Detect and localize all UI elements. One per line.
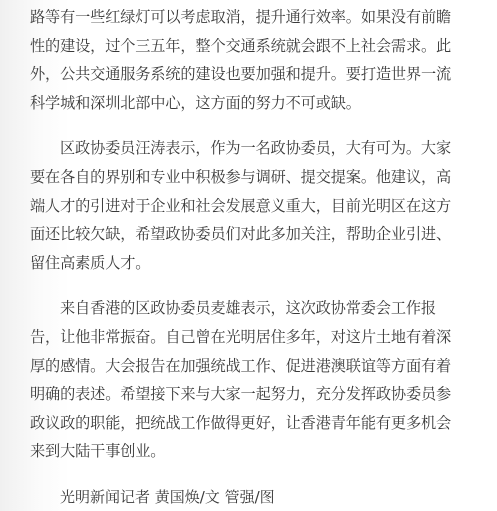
text-line: 政议政的职能，把统战工作做得更好，让香港青年能有更多机会 [30, 409, 464, 438]
text-line: 来自香港的区政协委员麦雄表示，这次政协常委会工作报 [30, 294, 464, 323]
text-line: 科学城和深圳北部中心，这方面的努力不可或缺。 [30, 89, 464, 118]
text-line: 明确的表述。希望接下来与大家一起努力，充分发挥政协委员参 [30, 380, 464, 409]
text-line: 要在各自的界别和专业中积极参与调研、提交提案。他建议，高 [30, 163, 464, 192]
paragraph-wang-tao: 区政协委员汪涛表示，作为一名政协委员，大有可为。大家 要在各自的界别和专业中积极… [30, 134, 464, 277]
paragraph-traffic: 路等有一些红绿灯可以考虑取消，提升通行效率。如果没有前瞻 性的建设，过个三五年，… [30, 3, 464, 117]
text-line: 区政协委员汪涛表示，作为一名政协委员，大有可为。大家 [30, 134, 464, 163]
article-body: 路等有一些红绿灯可以考虑取消，提升通行效率。如果没有前瞻 性的建设，过个三五年，… [30, 3, 464, 493]
text-line: 路等有一些红绿灯可以考虑取消，提升通行效率。如果没有前瞻 [30, 3, 464, 32]
text-line: 端人才的引进对于企业和社会发展意义重大，目前光明区在这方 [30, 192, 464, 221]
text-line: 告，让他非常振奋。自己曾在光明居住多年，对这片土地有着深 [30, 323, 464, 352]
paragraph-mai-xiong: 来自香港的区政协委员麦雄表示，这次政协常委会工作报 告，让他非常振奋。自己曾在光… [30, 294, 464, 466]
text-line: 面还比较欠缺，希望政协委员们对此多加关注，帮助企业引进、 [30, 220, 464, 249]
text-line: 厚的感情。大会报告在加强统战工作、促进港澳联谊等方面有着 [30, 352, 464, 381]
text-line: 留住高素质人才。 [30, 249, 464, 278]
text-line: 来到大陆干事创业。 [30, 437, 464, 466]
text-line: 外，公共交通服务系统的建设也要加强和提升。要打造世界一流 [30, 60, 464, 89]
byline: 光明新闻记者 黄国焕/文 管强/图 [30, 483, 464, 493]
text-line: 性的建设，过个三五年，整个交通系统就会跟不上社会需求。此 [30, 32, 464, 61]
